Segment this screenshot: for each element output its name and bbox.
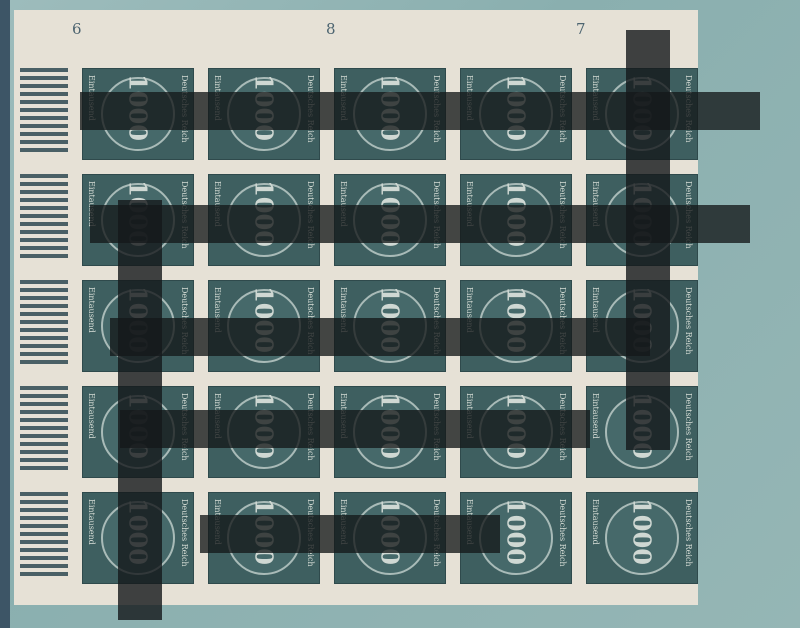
margin-bars [20, 386, 68, 474]
stamp-country: Deutsches Reich [180, 499, 189, 567]
margin-number: 6 [72, 20, 82, 38]
stamp-words: Eintausend [87, 499, 96, 545]
stamp-words: Eintausend [87, 287, 96, 333]
cancel-bar [200, 515, 500, 553]
margin-bars [20, 174, 68, 262]
stamp-value: 1000 [628, 495, 657, 569]
margin-bars [20, 492, 68, 580]
cancel-bar [110, 318, 650, 356]
margin-bars [20, 68, 68, 156]
stamp-country: Deutsches Reich [684, 393, 693, 461]
stamp-country: Deutsches Reich [558, 499, 567, 567]
stamp-country: Deutsches Reich [684, 499, 693, 567]
stamp-words: Eintausend [87, 393, 96, 439]
stamp-words: Eintausend [591, 499, 600, 545]
envelope-edge [0, 0, 10, 628]
cancel-bar [118, 200, 162, 620]
margin-bars [20, 280, 68, 368]
cancel-bar [626, 30, 670, 450]
stamp: 1000EintausendDeutsches Reich [586, 492, 698, 584]
cancel-bar [120, 410, 590, 448]
stamp-words: Eintausend [591, 393, 600, 439]
margin-number: 8 [326, 20, 336, 38]
margin-number: 7 [576, 20, 586, 38]
stamp-value: 1000 [502, 495, 531, 569]
stamp-country: Deutsches Reich [684, 287, 693, 355]
